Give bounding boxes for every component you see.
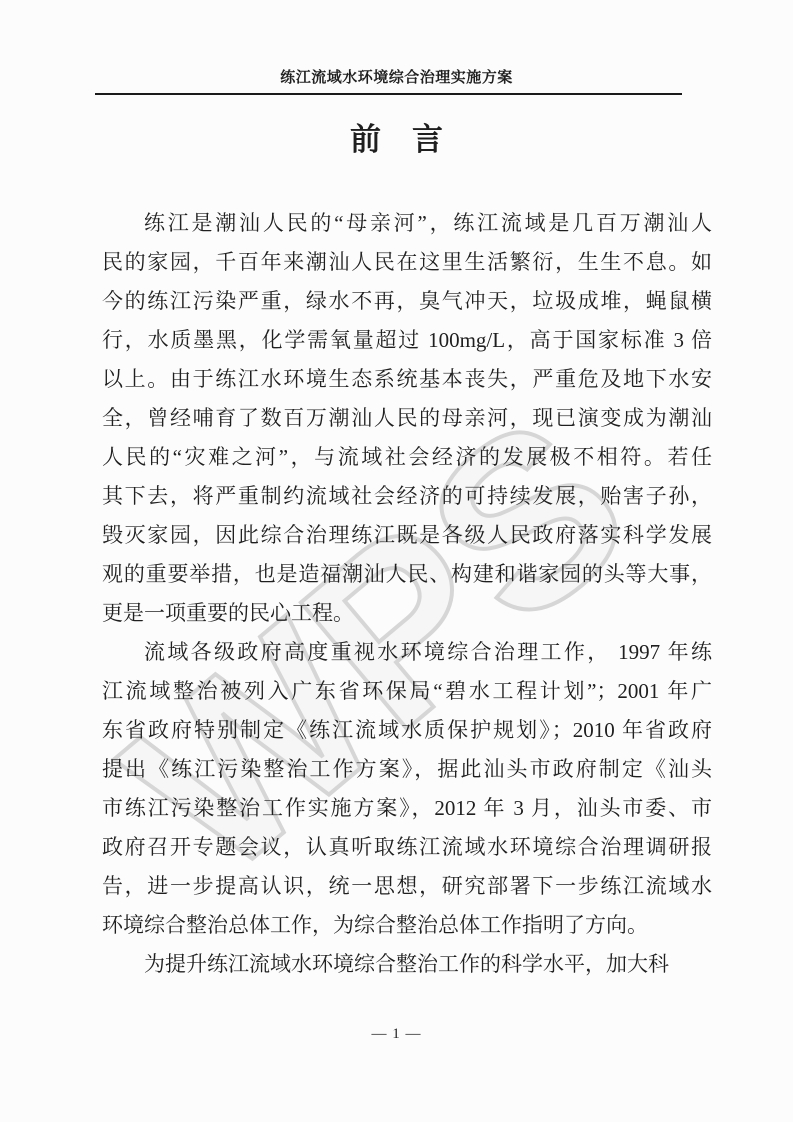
paragraph-line: 为提升练江流域水环境综合整治工作的科学水平，加大科 (102, 945, 712, 984)
paragraph-line: 告，进一步提高认识，统一思想，研究部署下一步练江流域水 (102, 867, 712, 906)
document-title: 前 言 (0, 114, 793, 159)
body-paragraph: 流域各级政府高度重视水环境综合治理工作， 1997 年练江流域整治被列入广东省环… (102, 633, 712, 945)
paragraph-line: 提出《练江污染整治工作方案》，据此汕头市政府制定《汕头 (102, 750, 712, 789)
paragraph-line: 政府召开专题会议，认真听取练江流域水环境综合治理调研报 (102, 828, 712, 867)
paragraph-line: 市练江污染整治工作实施方案》，2012 年 3 月，汕头市委、市 (102, 789, 712, 828)
paragraph-line: 练江是潮汕人民的“母亲河”，练江流域是几百万潮汕人 (102, 204, 712, 243)
paragraph-line: 观的重要举措，也是造福潮汕人民、构建和谐家园的头等大事， (102, 555, 712, 594)
paragraph-line: 流域各级政府高度重视水环境综合治理工作， 1997 年练 (102, 633, 712, 672)
paragraph-line: 江流域整治被列入广东省环保局“碧水工程计划”；2001 年广 (102, 672, 712, 711)
paragraph-line: 人民的“灾难之河”，与流域社会经济的发展极不相符。若任 (102, 438, 712, 477)
body-paragraph: 为提升练江流域水环境综合整治工作的科学水平，加大科 (102, 945, 712, 984)
running-header-title: 练江流域水环境综合治理实施方案 (0, 66, 793, 87)
paragraph-line: 更是一项重要的民心工程。 (102, 594, 712, 633)
paragraph-line: 民的家园，千百年来潮汕人民在这里生活繁衍，生生不息。如 (102, 243, 712, 282)
paragraph-line: 全，曾经哺育了数百万潮汕人民的母亲河，现已演变成为潮汕 (102, 399, 712, 438)
paragraph-line: 东省政府特别制定《练江流域水质保护规划》；2010 年省政府 (102, 711, 712, 750)
paragraph-line: 行，水质墨黑，化学需氧量超过 100mg/L，高于国家标准 3 倍 (102, 321, 712, 360)
document-body: 练江是潮汕人民的“母亲河”，练江流域是几百万潮汕人民的家园，千百年来潮汕人民在这… (102, 204, 712, 984)
paragraph-line: 今的练江污染严重，绿水不再，臭气冲天，垃圾成堆，蝇鼠横 (102, 282, 712, 321)
page-number: — 1 — (372, 1026, 422, 1042)
body-paragraph: 练江是潮汕人民的“母亲河”，练江流域是几百万潮汕人民的家园，千百年来潮汕人民在这… (102, 204, 712, 633)
document-page: WPS 练江流域水环境综合治理实施方案 前 言 练江是潮汕人民的“母亲河”，练江… (0, 0, 793, 1122)
paragraph-line: 其下去，将严重制约流域社会经济的可持续发展，贻害子孙， (102, 477, 712, 516)
paragraph-line: 环境综合整治总体工作，为综合整治总体工作指明了方向。 (102, 906, 712, 945)
header-rule (95, 93, 682, 95)
paragraph-line: 以上。由于练江水环境生态系统基本丧失，严重危及地下水安 (102, 360, 712, 399)
page-footer: — 1 — (0, 1026, 793, 1043)
paragraph-line: 毁灭家园，因此综合治理练江既是各级人民政府落实科学发展 (102, 516, 712, 555)
